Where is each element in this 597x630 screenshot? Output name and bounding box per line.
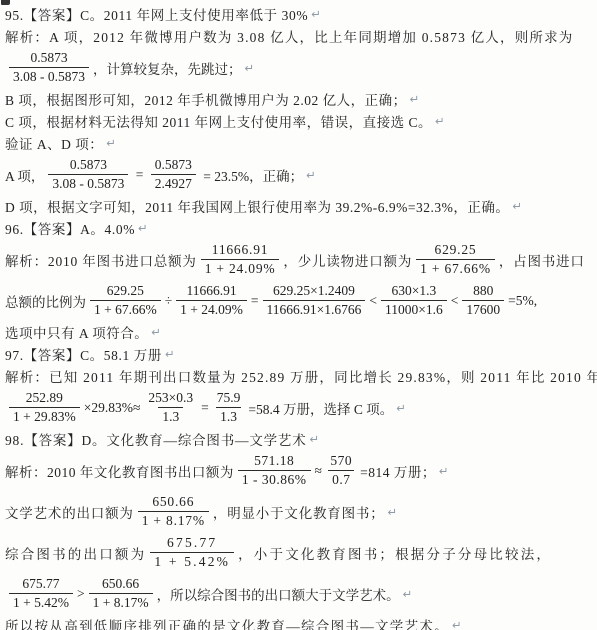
paragraph-mark-icon: ↵ (452, 618, 462, 630)
text-run: 98.【答案】D。文化教育—综合图书—文学艺术 (5, 429, 307, 449)
q98-solution-line2: 文学艺术的出口额为650.661 + 8.17%，明显小于文化教育图书；↵ (5, 491, 593, 532)
text-run: D 项，根据文字可知，2011 年我国网上银行使用率为 39.2%-6.9%=3… (5, 196, 509, 216)
text-run: = (201, 400, 209, 416)
paragraph-mark-icon: ↵ (165, 347, 175, 361)
fraction-numerator: 11666.91 (208, 242, 273, 259)
text-run: ，占图书进口 (499, 250, 585, 270)
text-run: C 项，根据材料无法得知 2011 年网上支付使用率，错误，直接选 C。 (5, 111, 432, 131)
q95-solution-line1: 解析：A 项，2012 年微博用户数为 3.08 亿人，比上年同期增加 0.58… (5, 25, 593, 47)
paragraph-mark-icon: ↵ (138, 221, 148, 235)
text-run: ，所以综合图书的出口额大于文学艺术。 (157, 584, 400, 604)
text-run: 96.【答案】A。4.0% (5, 218, 135, 238)
text-run: 验证 A、D 项： (5, 133, 103, 153)
fraction-denominator: 2.4927 (151, 174, 196, 192)
fraction-denominator: 1.3 (158, 407, 183, 425)
fraction-numerator: 252.89 (22, 390, 67, 407)
fraction-numerator: 253×0.3 (144, 390, 197, 407)
fraction-denominator: 0.7 (328, 470, 354, 488)
paragraph-mark-icon: ↵ (311, 7, 321, 21)
fraction-denominator: 1 + 5.42% (150, 552, 234, 570)
text-run: < (451, 293, 459, 309)
text-run: A 项， (5, 165, 44, 185)
fraction-numerator: 75.9 (213, 390, 245, 407)
fraction-denominator: 3.08 - 0.5873 (9, 67, 89, 85)
paragraph-mark-icon: ↵ (388, 505, 398, 519)
paragraph-mark-icon: ↵ (106, 136, 116, 150)
fraction: 650.661 + 8.17% (89, 576, 153, 611)
fraction: 253×0.31.3 (144, 390, 197, 425)
q95-solution-line3: B 项，根据图形可知，2012 年手机微博用户为 2.02 亿人，正确；↵ (5, 88, 593, 110)
q96-answer: 96.【答案】A。4.0%↵ (5, 217, 593, 239)
paragraph-mark-icon: ↵ (310, 432, 320, 446)
text-run: 97.【答案】C。58.1 万册 (5, 344, 162, 364)
fraction-denominator: 17600 (462, 300, 504, 318)
q97-solution-line2: 252.891 + 29.83%×29.83%≈253×0.31.3=75.91… (5, 387, 593, 428)
q95-solution-line7: D 项，根据文字可知，2011 年我国网上银行使用率为 39.2%-6.9%=3… (5, 195, 593, 217)
scan-artifact (1, 0, 10, 5)
fraction-numerator: 629.25×1.2409 (269, 283, 359, 300)
fraction: 675.771 + 5.42% (9, 576, 73, 611)
fraction-denominator: 3.08 - 0.5873 (48, 174, 128, 192)
text-run: ，小于文化教育图书；根据分子分母比较法， (238, 543, 552, 563)
text-run: ，明显小于文化教育图书； (213, 502, 385, 522)
fraction-denominator: 1 + 67.66% (90, 300, 161, 318)
fraction-denominator: 1 - 30.86% (238, 470, 311, 488)
fraction-numerator: 570 (326, 453, 356, 470)
fraction-denominator: 1 + 8.17% (138, 511, 209, 529)
document-page: 95.【答案】C。2011 年网上支付使用率低于 30%↵解析：A 项，2012… (0, 0, 597, 630)
fraction-numerator: 675.77 (163, 535, 221, 552)
text-run: < (369, 293, 377, 309)
fraction-numerator: 0.5873 (151, 157, 196, 174)
fraction: 11666.911 + 24.09% (201, 242, 280, 277)
fraction-numerator: 0.5873 (26, 50, 71, 67)
fraction: 11666.911 + 24.09% (176, 283, 247, 318)
text-run: ≈ (315, 463, 323, 479)
q95-solution-line2: 0.58733.08 - 0.5873，计算较复杂，先跳过；↵ (5, 47, 593, 88)
fraction: 629.251 + 67.66% (90, 283, 161, 318)
fraction: 0.58733.08 - 0.5873 (48, 157, 128, 192)
text-run: 选项中只有 A 项符合。 (5, 322, 148, 342)
paragraph-mark-icon: ↵ (410, 92, 420, 106)
fraction-numerator: 630×1.3 (388, 283, 441, 300)
text-run: ，计算较复杂，先跳过； (93, 58, 242, 78)
q96-solution-line1: 解析：2010 年图书进口总额为11666.911 + 24.09%，少儿读物进… (5, 239, 593, 280)
fraction: 252.891 + 29.83% (9, 390, 80, 425)
q98-solution-line1: 解析：2010 年文化教育图书出口额为571.181 - 30.86%≈5700… (5, 450, 593, 491)
text-run: 95.【答案】C。2011 年网上支付使用率低于 30% (5, 4, 308, 24)
fraction: 675.771 + 5.42% (150, 535, 234, 570)
paragraph-mark-icon: ↵ (151, 325, 161, 339)
fraction: 5700.7 (326, 453, 356, 488)
fraction-numerator: 880 (469, 283, 497, 300)
text-run: 所以按从高到低顺序排列正确的是文化教育—综合图书—文学艺术。 (5, 615, 449, 630)
fraction-numerator: 571.18 (250, 453, 298, 470)
fraction-numerator: 629.25 (103, 283, 148, 300)
fraction-numerator: 0.5873 (66, 157, 111, 174)
text-run: 解析：2010 年文化教育图书出口额为 (5, 461, 234, 481)
fraction-numerator: 650.66 (148, 494, 198, 511)
fraction: 88017600 (462, 283, 504, 318)
text-run: ×29.83%≈ (84, 400, 141, 416)
q98-solution-line4: 675.771 + 5.42%>650.661 + 8.17%，所以综合图书的出… (5, 573, 593, 614)
fraction-denominator: 1 + 24.09% (201, 259, 280, 277)
text-run: = (132, 167, 146, 183)
text-run: B 项，根据图形可知，2012 年手机微博用户为 2.02 亿人，正确； (5, 89, 407, 109)
paragraph-mark-icon: ↵ (439, 464, 449, 478)
text-run: 文学艺术的出口额为 (5, 502, 134, 522)
fraction-denominator: 1 + 8.17% (89, 593, 153, 611)
q95-solution-line6: A 项，0.58733.08 - 0.5873 = 0.58732.4927 =… (5, 154, 593, 195)
fraction: 629.251 + 67.66% (416, 242, 495, 277)
fraction-denominator: 1.3 (216, 407, 241, 425)
paragraph-mark-icon: ↵ (512, 199, 522, 213)
q97-solution-line1: 解析：已知 2011 年期刊出口数量为 252.89 万册，同比增长 29.83… (5, 365, 593, 387)
fraction-denominator: 1 + 24.09% (176, 300, 247, 318)
paragraph-mark-icon: ↵ (403, 587, 413, 601)
fraction-denominator: 1 + 29.83% (9, 407, 80, 425)
text-run: =814 万册； (360, 461, 436, 481)
fraction: 630×1.311000×1.6 (381, 283, 447, 318)
q95-answer: 95.【答案】C。2011 年网上支付使用率低于 30%↵ (5, 3, 593, 25)
fraction-denominator: 1 + 5.42% (9, 593, 73, 611)
paragraph-mark-icon: ↵ (396, 401, 406, 415)
paragraph-mark-icon: ↵ (306, 168, 316, 182)
q98-answer: 98.【答案】D。文化教育—综合图书—文学艺术↵ (5, 428, 593, 450)
q96-solution-line3: 选项中只有 A 项符合。↵ (5, 321, 593, 343)
fraction: 629.25×1.240911666.91×1.6766 (263, 283, 366, 318)
text-run: ÷ (165, 293, 172, 309)
q98-solution-line5: 所以按从高到低顺序排列正确的是文化教育—综合图书—文学艺术。↵ (5, 614, 593, 630)
fraction: 571.181 - 30.86% (238, 453, 311, 488)
paragraph-mark-icon: ↵ (435, 114, 445, 128)
paragraph-mark-icon: ↵ (245, 61, 255, 75)
text-run: =58.4 万册，选择 C 项。 (248, 398, 393, 418)
fraction-numerator: 650.66 (98, 576, 143, 593)
q95-solution-line5: 验证 A、D 项：↵ (5, 132, 593, 154)
q98-solution-line3: 综合图书的出口额为675.771 + 5.42%，小于文化教育图书；根据分子分母… (5, 532, 593, 573)
text-run: = (251, 293, 259, 309)
text-run: 解析：A 项，2012 年微博用户数为 3.08 亿人，比上年同期增加 0.58… (5, 26, 574, 46)
fraction-numerator: 629.25 (431, 242, 481, 259)
fraction: 0.58732.4927 (151, 157, 196, 192)
document-content: 95.【答案】C。2011 年网上支付使用率低于 30%↵解析：A 项，2012… (5, 3, 593, 630)
fraction-denominator: 11666.91×1.6766 (263, 300, 366, 318)
text-run: > (77, 586, 85, 602)
fraction: 650.661 + 8.17% (138, 494, 209, 529)
fraction: 0.58733.08 - 0.5873 (9, 50, 89, 85)
q97-answer: 97.【答案】C。58.1 万册↵ (5, 343, 593, 365)
q96-solution-line2: 总额的比例为629.251 + 67.66%÷11666.911 + 24.09… (5, 280, 593, 321)
text-run: 综合图书的出口额为 (5, 543, 146, 563)
text-run: = 23.5%，正确； (200, 165, 303, 185)
text-run: 总额的比例为 (5, 291, 86, 311)
text-run: 解析：2010 年图书进口总额为 (5, 250, 197, 270)
q95-solution-line4: C 项，根据材料无法得知 2011 年网上支付使用率，错误，直接选 C。↵ (5, 110, 593, 132)
fraction-denominator: 11000×1.6 (381, 300, 447, 318)
fraction: 75.91.3 (213, 390, 245, 425)
text-run: 解析：已知 2011 年期刊出口数量为 252.89 万册，同比增长 29.83… (5, 366, 597, 386)
fraction-numerator: 11666.91 (182, 283, 240, 300)
fraction-numerator: 675.77 (18, 576, 63, 593)
text-run: =5%, (508, 293, 537, 309)
text-run: ，少儿读物进口额为 (283, 250, 412, 270)
fraction-denominator: 1 + 67.66% (416, 259, 495, 277)
